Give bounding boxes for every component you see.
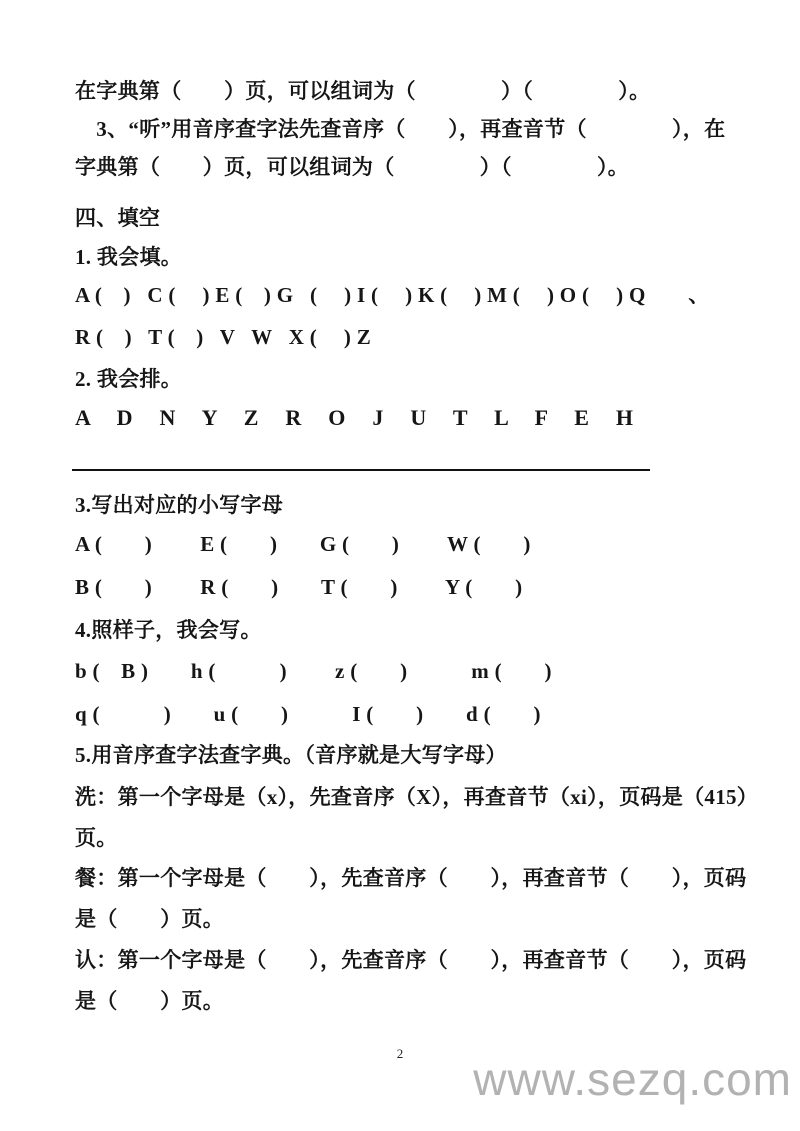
question-5-can-line-2: 是（ ）页。 — [75, 907, 224, 931]
prev-question-line-3: 字典第（ ）页，可以组词为（ ）（ ）。 — [75, 155, 629, 179]
question-5-label: 5.用音序查字法查字典。（音序就是大写字母） — [75, 743, 507, 767]
question-4-row-1: b ( B ) h ( ) z ( ) m ( ) — [75, 659, 552, 683]
question-1-label: 1. 我会填。 — [75, 245, 182, 269]
question-5-example-line-1: 洗：第一个字母是（x），先查音序（X），再查音节（xi），页码是（415） — [75, 785, 758, 809]
answer-line — [72, 469, 650, 471]
question-4-label: 4.照样子，我会写。 — [75, 618, 262, 642]
question-5-example-line-2: 页。 — [75, 826, 118, 850]
question-3-label: 3.写出对应的小写字母 — [75, 493, 283, 517]
question-2-letters: A D N Y Z R O J U T L F E H — [75, 406, 634, 430]
site-watermark: www.sezq.com — [473, 1052, 792, 1106]
worksheet-page: 在字典第（ ）页，可以组词为（ ）（ ）。 3、“听”用音序查字法先查音序（ ）… — [0, 0, 800, 1131]
question-4-row-2: q ( ) u ( ) I ( ) d ( ) — [75, 702, 541, 726]
question-3-row-2: B ( ) R ( ) T ( ) Y ( ) — [75, 575, 522, 599]
prev-question-line-2: 3、“听”用音序查字法先查音序（ ），再查音节（ ），在 — [75, 117, 725, 141]
question-5-ren-line-2: 是（ ）页。 — [75, 989, 224, 1013]
prev-question-line-1: 在字典第（ ）页，可以组词为（ ）（ ）。 — [75, 79, 650, 103]
question-1-row-1: A ( ) C ( ) E ( ) G ( ) I ( ) K ( ) M ( … — [75, 283, 710, 307]
question-5-can-line-1: 餐：第一个字母是（ ），先查音序（ ），再查音节（ ），页码 — [75, 866, 746, 890]
section-title: 四、填空 — [75, 206, 160, 230]
question-2-label: 2. 我会排。 — [75, 367, 182, 391]
question-1-row-2: R ( ) T ( ) V W X ( ) Z — [75, 325, 371, 349]
question-5-ren-line-1: 认：第一个字母是（ ），先查音序（ ），再查音节（ ），页码 — [75, 948, 746, 972]
question-3-row-1: A ( ) E ( ) G ( ) W ( ) — [75, 532, 531, 556]
